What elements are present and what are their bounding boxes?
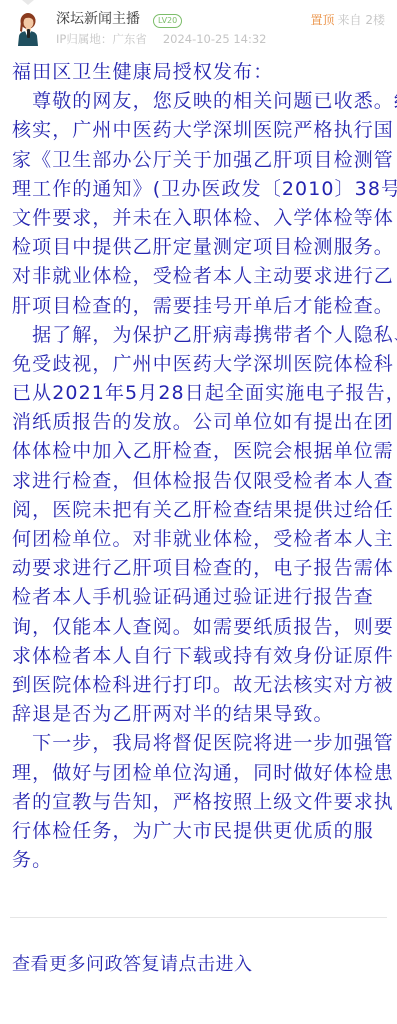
body-line: 者的宣教与告知，严格按照上级文件要求执 <box>12 788 397 817</box>
body-line: 核实，广州中医药大学深圳医院严格执行国 <box>12 116 397 145</box>
body-line: 求体检者本人自行下载或持有效身份证原件 <box>12 642 397 671</box>
body-line: 尊敬的网友，您反映的相关问题已收悉。经 <box>12 87 397 116</box>
body-line: 福田区卫生健康局授权发布： <box>12 58 397 87</box>
body-line: 阅，医院未把有关乙肝检查结果提供过给任 <box>12 496 397 525</box>
body-line: 检项目中提供乙肝定量测定项目检测服务。 <box>12 233 397 262</box>
author-name[interactable]: 深坛新闻主播 <box>56 10 140 28</box>
body-line: 消纸质报告的发放。公司单位如有提出在团 <box>12 408 397 437</box>
body-line: 动要求进行乙肝项目检查的，电子报告需体 <box>12 554 397 583</box>
pinned-badge: 置顶 <box>311 13 335 27</box>
post-header: 深坛新闻主播 LV20 IP归属地：广东省2024-10-25 14:32 置顶… <box>0 0 397 56</box>
divider <box>10 917 387 918</box>
body-line: 询，仅能本人查阅。如需要纸质报告，则要 <box>12 613 397 642</box>
body-line: 辞退是否为乙肝两对半的结果导致。 <box>12 700 397 729</box>
body-line: 理工作的通知》(卫办医政发〔2010〕38号)的 <box>12 175 397 204</box>
body-line: 何团检单位。对非就业体检，受检者本人主 <box>12 525 397 554</box>
post-meta: IP归属地：广东省2024-10-25 14:32 <box>56 31 266 47</box>
body-line: 据了解，为保护乙肝病毒携带者个人隐私、 <box>12 321 397 350</box>
body-line: 检者本人手机验证码通过验证进行报告查 <box>12 583 397 612</box>
body-line: 务。 <box>12 846 397 875</box>
floor-label: 来自 2楼 <box>338 13 385 27</box>
body-line: 行体检任务，为广大市民提供更优质的服 <box>12 817 397 846</box>
body-line: 文件要求，并未在入职体检、入学体检等体 <box>12 204 397 233</box>
post-tags: 置顶来自 2楼 <box>311 12 385 28</box>
more-answers-link[interactable]: 查看更多问政答复请点击进入 <box>12 952 253 978</box>
body-line: 家《卫生部办公厅关于加强乙肝项目检测管 <box>12 146 397 175</box>
avatar[interactable] <box>16 12 40 46</box>
body-line: 已从2021年5月28日起全面实施电子报告，取 <box>12 379 397 408</box>
body-line: 下一步，我局将督促医院将进一步加强管 <box>12 729 397 758</box>
body-line: 对非就业体检，受检者本人主动要求进行乙 <box>12 262 397 291</box>
body-line: 求进行检查，但体检报告仅限受检者本人查 <box>12 467 397 496</box>
body-line: 理，做好与团检单位沟通，同时做好体检患 <box>12 759 397 788</box>
body-line: 到医院体检科进行打印。故无法核实对方被 <box>12 671 397 700</box>
level-badge: LV20 <box>153 14 182 28</box>
post-timestamp: 2024-10-25 14:32 <box>163 32 267 46</box>
avatar-icon <box>16 12 40 46</box>
body-line: 免受歧视，广州中医药大学深圳医院体检科 <box>12 350 397 379</box>
ip-location: IP归属地：广东省 <box>56 32 147 46</box>
body-line: 体体检中加入乙肝检查，医院会根据单位需 <box>12 437 397 466</box>
post-body: 福田区卫生健康局授权发布： 尊敬的网友，您反映的相关问题已收悉。经 核实，广州中… <box>12 58 397 875</box>
body-line: 肝项目检查的，需要挂号开单后才能检查。 <box>12 292 397 321</box>
